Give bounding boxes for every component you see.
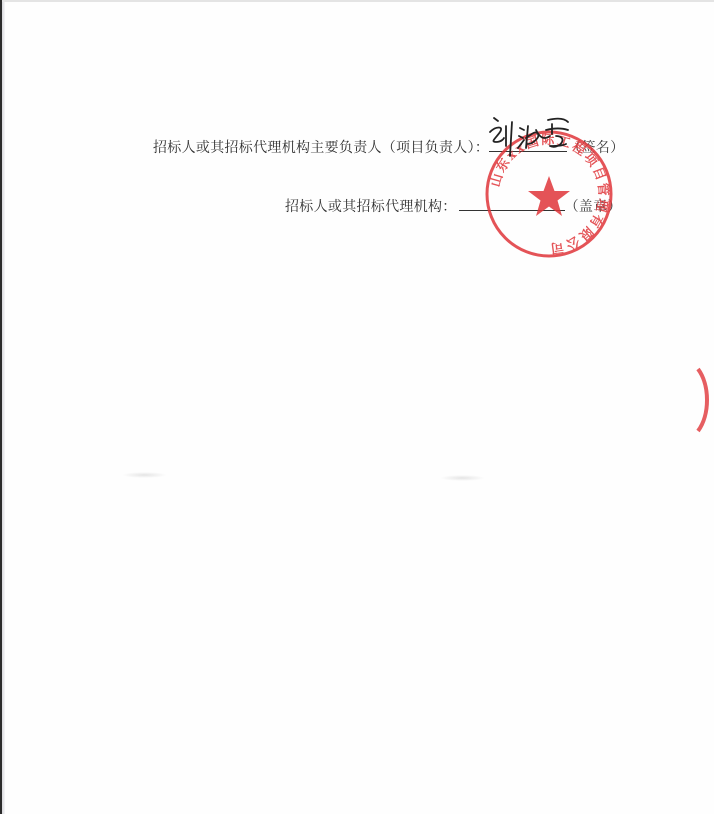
signature-line: 招标人或其招标代理机构主要负责人（项目负责人）：（签名）: [153, 137, 624, 157]
document-page: [5, 2, 714, 814]
signature-suffix: （签名）: [567, 140, 624, 156]
signature-label: 招标人或其招标代理机构主要负责人（项目负责人）：: [153, 140, 489, 156]
seal-suffix: （盖章）: [565, 199, 622, 215]
seal-blank: [459, 196, 565, 211]
scan-artifact: [440, 475, 485, 481]
signature-blank: [489, 137, 567, 152]
seal-line: 招标人或其招标代理机构：（盖章）: [285, 196, 622, 216]
seal-label: 招标人或其招标代理机构：: [285, 199, 457, 215]
scan-artifact: [122, 472, 167, 478]
